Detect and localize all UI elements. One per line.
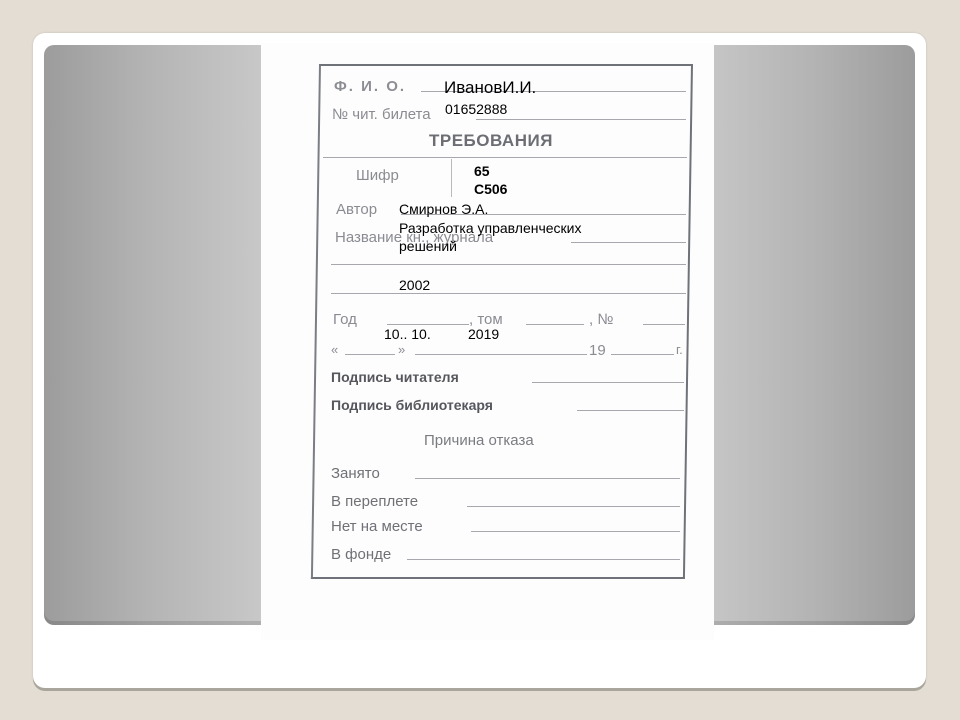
cipher-value-1: 65 xyxy=(474,163,490,179)
date-year-suffix: г. xyxy=(676,342,683,357)
date-year-line xyxy=(611,354,674,355)
refusal-reason-missing: Нет на месте xyxy=(331,518,423,535)
book-title-value-2: решений xyxy=(399,238,457,254)
librarian-signature-label: Подпись библиотекаря xyxy=(331,397,493,413)
date-close-quote: » xyxy=(398,342,405,357)
fio-label: Ф. И. О. xyxy=(334,78,406,95)
blank-line-2 xyxy=(331,293,686,294)
number-line xyxy=(643,324,685,325)
date-year-value: 2019 xyxy=(468,326,499,342)
reader-signature-label: Подпись читателя xyxy=(331,369,459,385)
year-value: 2002 xyxy=(399,277,430,293)
blank-line-1 xyxy=(331,264,686,265)
ticket-value: 01652888 xyxy=(445,101,507,117)
ticket-label: № чит. билета xyxy=(332,106,431,123)
library-request-form-image: Ф. И. О. ИвановИ.И. № чит. билета 016528… xyxy=(261,43,714,640)
author-label: Автор xyxy=(336,201,377,218)
refusal-reason-binding: В переплете xyxy=(331,493,418,510)
cipher-label: Шифр xyxy=(356,167,399,184)
refusal-title: Причина отказа xyxy=(424,432,534,449)
fio-value: ИвановИ.И. xyxy=(444,78,536,98)
refusal-line-in-fund xyxy=(407,559,680,560)
date-month-line xyxy=(415,354,587,355)
refusal-line-busy xyxy=(415,478,680,479)
refusal-line-binding xyxy=(467,506,680,507)
librarian-signature-line xyxy=(577,410,684,411)
year-label: Год xyxy=(333,311,357,328)
cipher-divider xyxy=(451,159,452,197)
cipher-value-2: С506 xyxy=(474,181,507,197)
year-line xyxy=(387,324,469,325)
refusal-line-missing xyxy=(471,531,680,532)
reader-signature-line xyxy=(532,382,684,383)
number-label: , № xyxy=(589,311,613,328)
form-title: ТРЕБОВАНИЯ xyxy=(429,131,553,151)
volume-line xyxy=(526,324,584,325)
date-open-quote: « xyxy=(331,342,338,357)
refusal-reason-in-fund: В фонде xyxy=(331,546,391,563)
title-divider xyxy=(323,157,687,158)
book-title-value-1: Разработка управленческих xyxy=(399,220,582,236)
book-name-line xyxy=(571,242,686,243)
refusal-reason-busy: Занято xyxy=(331,465,380,482)
date-day-month-value: 10.. 10. xyxy=(384,326,431,342)
date-day-line xyxy=(345,354,395,355)
date-year-prefix: 19 xyxy=(589,342,606,359)
ticket-line xyxy=(476,119,686,120)
author-value: Смирнов Э.А. xyxy=(399,201,488,217)
